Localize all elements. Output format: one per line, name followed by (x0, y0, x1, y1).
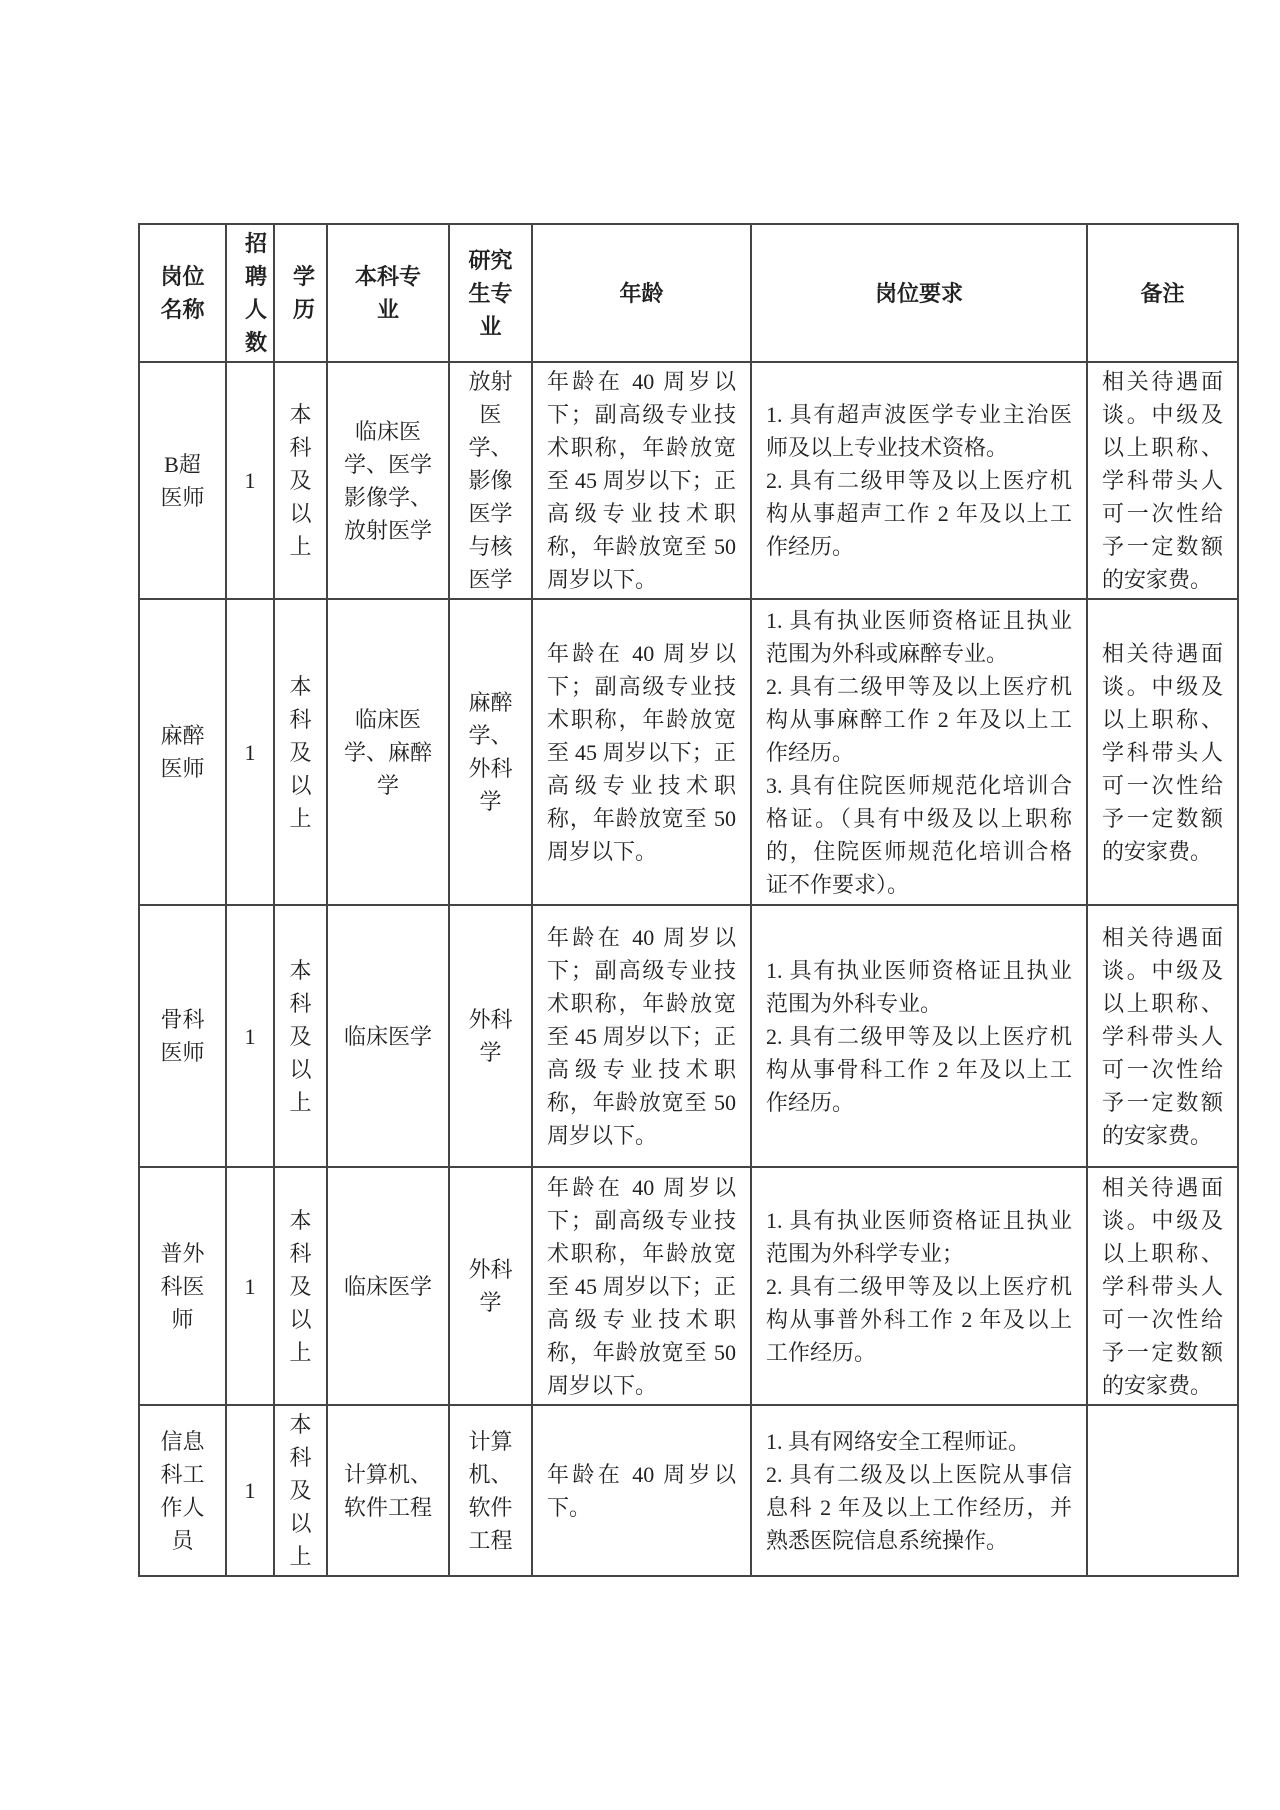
cell-undergrad-major: 临床医学 (327, 905, 449, 1167)
cell-age: 年龄在 40 周岁以下；副高级专业技术职称，年龄放宽至 45 周岁以下；正高级专… (532, 599, 751, 905)
document-page: 岗位名称 招聘人数 学历 本科专业 研究生专业 年龄 岗位要求 备注 B超医师 … (0, 0, 1280, 1810)
cell-headcount: 1 (226, 362, 274, 599)
cell-age: 年龄在 40 周岁以下；副高级专业技术职称，年龄放宽至 45 周岁以下；正高级专… (532, 362, 751, 599)
cell-graduate-major: 麻醉学、外科学 (449, 599, 532, 905)
cell-undergrad-major: 临床医学、麻醉学 (327, 599, 449, 905)
table-header-row: 岗位名称 招聘人数 学历 本科专业 研究生专业 年龄 岗位要求 备注 (139, 224, 1238, 362)
cell-age: 年龄在 40 周岁以下；副高级专业技术职称，年龄放宽至 45 周岁以下；正高级专… (532, 905, 751, 1167)
header-cell-age: 年龄 (532, 224, 751, 362)
cell-position: B超医师 (139, 362, 226, 599)
cell-remarks: 相关待遇面谈。中级及以上职称、学科带头人可一次性给予一定数额的安家费。 (1087, 905, 1238, 1167)
cell-graduate-major: 计算机、软件工程 (449, 1405, 532, 1576)
cell-headcount: 1 (226, 905, 274, 1167)
cell-age: 年龄在 40 周岁以下。 (532, 1405, 751, 1576)
cell-undergrad-major: 计算机、软件工程 (327, 1405, 449, 1576)
table-row-it-staff: 信息科工作人员 1 本科及以上 计算机、软件工程 计算机、软件工程 年龄在 40… (139, 1405, 1238, 1576)
cell-remarks: 相关待遇面谈。中级及以上职称、学科带头人可一次性给予一定数额的安家费。 (1087, 599, 1238, 905)
table-row-anesthesiologist: 麻醉医师 1 本科及以上 临床医学、麻醉学 麻醉学、外科学 年龄在 40 周岁以… (139, 599, 1238, 905)
cell-age: 年龄在 40 周岁以下；副高级专业技术职称，年龄放宽至 45 周岁以下；正高级专… (532, 1167, 751, 1405)
cell-undergrad-major: 临床医学 (327, 1167, 449, 1405)
cell-headcount: 1 (226, 1167, 274, 1405)
cell-position: 普外科医师 (139, 1167, 226, 1405)
header-cell-position: 岗位名称 (139, 224, 226, 362)
cell-education: 本科及以上 (274, 362, 327, 599)
header-cell-education: 学历 (274, 224, 327, 362)
cell-remarks: 相关待遇面谈。中级及以上职称、学科带头人可一次性给予一定数额的安家费。 (1087, 362, 1238, 599)
cell-headcount: 1 (226, 1405, 274, 1576)
cell-education: 本科及以上 (274, 1405, 327, 1576)
cell-remarks: 相关待遇面谈。中级及以上职称、学科带头人可一次性给予一定数额的安家费。 (1087, 1167, 1238, 1405)
cell-graduate-major: 外科学 (449, 905, 532, 1167)
cell-graduate-major: 外科学 (449, 1167, 532, 1405)
table-row-general-surgeon: 普外科医师 1 本科及以上 临床医学 外科学 年龄在 40 周岁以下；副高级专业… (139, 1167, 1238, 1405)
table-row-ultrasound-doctor: B超医师 1 本科及以上 临床医学、医学影像学、放射医学 放射医学、影像医学与核… (139, 362, 1238, 599)
cell-requirements: 1. 具有执业医师资格证且执业范围为外科专业。 2. 具有二级甲等及以上医疗机构… (751, 905, 1087, 1167)
recruitment-table: 岗位名称 招聘人数 学历 本科专业 研究生专业 年龄 岗位要求 备注 B超医师 … (138, 223, 1239, 1577)
cell-remarks (1087, 1405, 1238, 1576)
cell-requirements: 1. 具有执业医师资格证且执业范围为外科或麻醉专业。 2. 具有二级甲等及以上医… (751, 599, 1087, 905)
cell-undergrad-major: 临床医学、医学影像学、放射医学 (327, 362, 449, 599)
header-cell-headcount: 招聘人数 (226, 224, 274, 362)
cell-requirements: 1. 具有网络安全工程师证。 2. 具有二级及以上医院从事信息科 2 年及以上工… (751, 1405, 1087, 1576)
cell-requirements: 1. 具有执业医师资格证且执业范围为外科学专业； 2. 具有二级甲等及以上医疗机… (751, 1167, 1087, 1405)
cell-position: 麻醉医师 (139, 599, 226, 905)
table-row-orthopedic-doctor: 骨科医师 1 本科及以上 临床医学 外科学 年龄在 40 周岁以下；副高级专业技… (139, 905, 1238, 1167)
header-cell-undergrad-major: 本科专业 (327, 224, 449, 362)
cell-position: 骨科医师 (139, 905, 226, 1167)
cell-education: 本科及以上 (274, 905, 327, 1167)
cell-headcount: 1 (226, 599, 274, 905)
cell-education: 本科及以上 (274, 1167, 327, 1405)
header-cell-remarks: 备注 (1087, 224, 1238, 362)
cell-requirements: 1. 具有超声波医学专业主治医师及以上专业技术资格。 2. 具有二级甲等及以上医… (751, 362, 1087, 599)
cell-position: 信息科工作人员 (139, 1405, 226, 1576)
header-cell-graduate-major: 研究生专业 (449, 224, 532, 362)
cell-education: 本科及以上 (274, 599, 327, 905)
cell-graduate-major: 放射医学、影像医学与核医学 (449, 362, 532, 599)
header-cell-requirements: 岗位要求 (751, 224, 1087, 362)
